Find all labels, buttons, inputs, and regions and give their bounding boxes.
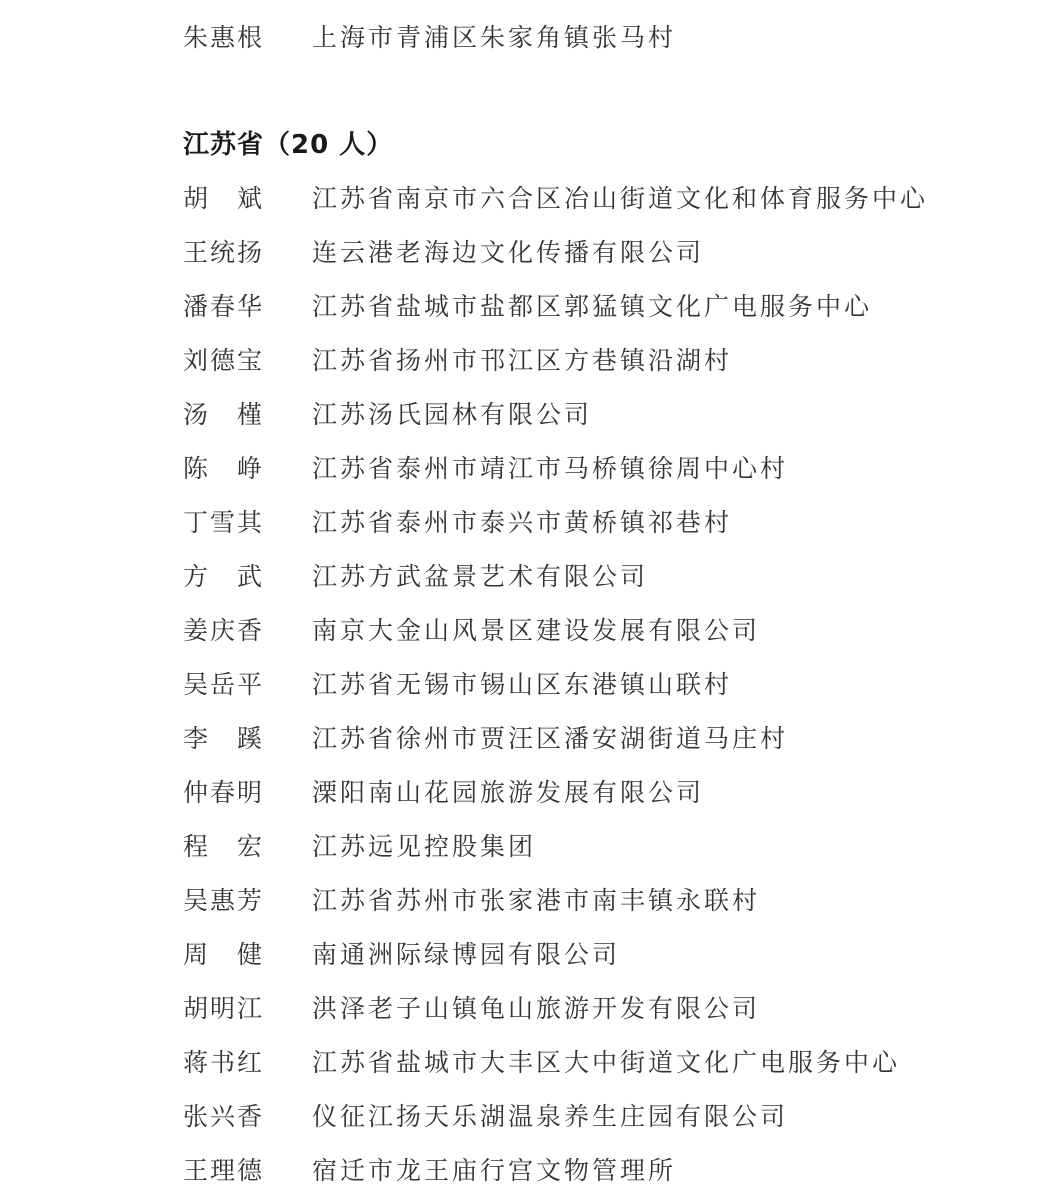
list-item: 吴岳平 江苏省无锡市锡山区东港镇山联村 — [183, 665, 732, 705]
list-item: 刘德宝 江苏省扬州市邗江区方巷镇沿湖村 — [183, 341, 732, 381]
list-item: 蒋书红 江苏省盐城市大丰区大中街道文化广电服务中心 — [183, 1043, 900, 1083]
organization-name: 江苏省南京市六合区冶山街道文化和体育服务中心 — [312, 179, 928, 219]
list-item: 吴惠芳 江苏省苏州市张家港市南丰镇永联村 — [183, 881, 760, 921]
list-item: 王理德 宿迁市龙王庙行宫文物管理所 — [183, 1151, 676, 1191]
person-name: 蒋书红 — [183, 1043, 312, 1083]
list-item: 程 宏 江苏远见控股集团 — [183, 827, 536, 867]
section-title-jiangsu: 江苏省（20 人） — [183, 125, 393, 165]
organization-name: 江苏省盐城市大丰区大中街道文化广电服务中心 — [312, 1043, 900, 1083]
list-item: 张兴香 仪征江扬天乐湖温泉养生庄园有限公司 — [183, 1097, 788, 1137]
person-name: 朱惠根 — [183, 18, 312, 58]
person-name: 吴惠芳 — [183, 881, 312, 921]
person-name: 张兴香 — [183, 1097, 312, 1137]
document-page: 朱惠根 上海市青浦区朱家角镇张马村 江苏省（20 人） 胡 斌 江苏省南京市六合… — [0, 0, 1050, 1201]
list-item-previous: 朱惠根 上海市青浦区朱家角镇张马村 — [183, 18, 676, 58]
organization-name: 上海市青浦区朱家角镇张马村 — [312, 18, 676, 58]
organization-name: 江苏方武盆景艺术有限公司 — [312, 557, 648, 597]
organization-name: 江苏省泰州市靖江市马桥镇徐周中心村 — [312, 449, 788, 489]
list-item: 汤 槿 江苏汤氏园林有限公司 — [183, 395, 592, 435]
organization-name: 江苏省苏州市张家港市南丰镇永联村 — [312, 881, 760, 921]
list-item: 潘春华 江苏省盐城市盐都区郭猛镇文化广电服务中心 — [183, 287, 872, 327]
person-name: 程 宏 — [183, 827, 312, 867]
list-item: 周 健 南通洲际绿博园有限公司 — [183, 935, 620, 975]
organization-name: 江苏汤氏园林有限公司 — [312, 395, 592, 435]
list-item: 胡明江 洪泽老子山镇龟山旅游开发有限公司 — [183, 989, 760, 1029]
person-name: 王理德 — [183, 1151, 312, 1191]
person-name: 丁雪其 — [183, 503, 312, 543]
organization-name: 南京大金山风景区建设发展有限公司 — [312, 611, 760, 651]
person-name: 李 蹊 — [183, 719, 312, 759]
organization-name: 洪泽老子山镇龟山旅游开发有限公司 — [312, 989, 760, 1029]
person-name: 方 武 — [183, 557, 312, 597]
list-item: 仲春明 溧阳南山花园旅游发展有限公司 — [183, 773, 704, 813]
list-item: 李 蹊 江苏省徐州市贾汪区潘安湖街道马庄村 — [183, 719, 788, 759]
organization-name: 南通洲际绿博园有限公司 — [312, 935, 620, 975]
organization-name: 江苏省无锡市锡山区东港镇山联村 — [312, 665, 732, 705]
list-item: 姜庆香 南京大金山风景区建设发展有限公司 — [183, 611, 760, 651]
person-name: 陈 峥 — [183, 449, 312, 489]
person-name: 潘春华 — [183, 287, 312, 327]
organization-name: 连云港老海边文化传播有限公司 — [312, 233, 704, 273]
organization-name: 江苏省盐城市盐都区郭猛镇文化广电服务中心 — [312, 287, 872, 327]
organization-name: 宿迁市龙王庙行宫文物管理所 — [312, 1151, 676, 1191]
list-item: 方 武 江苏方武盆景艺术有限公司 — [183, 557, 648, 597]
person-name: 王统扬 — [183, 233, 312, 273]
person-name: 汤 槿 — [183, 395, 312, 435]
list-item: 胡 斌 江苏省南京市六合区冶山街道文化和体育服务中心 — [183, 179, 928, 219]
list-item: 陈 峥 江苏省泰州市靖江市马桥镇徐周中心村 — [183, 449, 788, 489]
person-name: 仲春明 — [183, 773, 312, 813]
person-name: 胡 斌 — [183, 179, 312, 219]
organization-name: 仪征江扬天乐湖温泉养生庄园有限公司 — [312, 1097, 788, 1137]
person-name: 刘德宝 — [183, 341, 312, 381]
list-item: 丁雪其 江苏省泰州市泰兴市黄桥镇祁巷村 — [183, 503, 732, 543]
organization-name: 江苏省扬州市邗江区方巷镇沿湖村 — [312, 341, 732, 381]
person-name: 周 健 — [183, 935, 312, 975]
person-name: 吴岳平 — [183, 665, 312, 705]
organization-name: 江苏省徐州市贾汪区潘安湖街道马庄村 — [312, 719, 788, 759]
person-name: 胡明江 — [183, 989, 312, 1029]
organization-name: 江苏远见控股集团 — [312, 827, 536, 867]
list-item: 王统扬 连云港老海边文化传播有限公司 — [183, 233, 704, 273]
organization-name: 江苏省泰州市泰兴市黄桥镇祁巷村 — [312, 503, 732, 543]
person-name: 姜庆香 — [183, 611, 312, 651]
organization-name: 溧阳南山花园旅游发展有限公司 — [312, 773, 704, 813]
